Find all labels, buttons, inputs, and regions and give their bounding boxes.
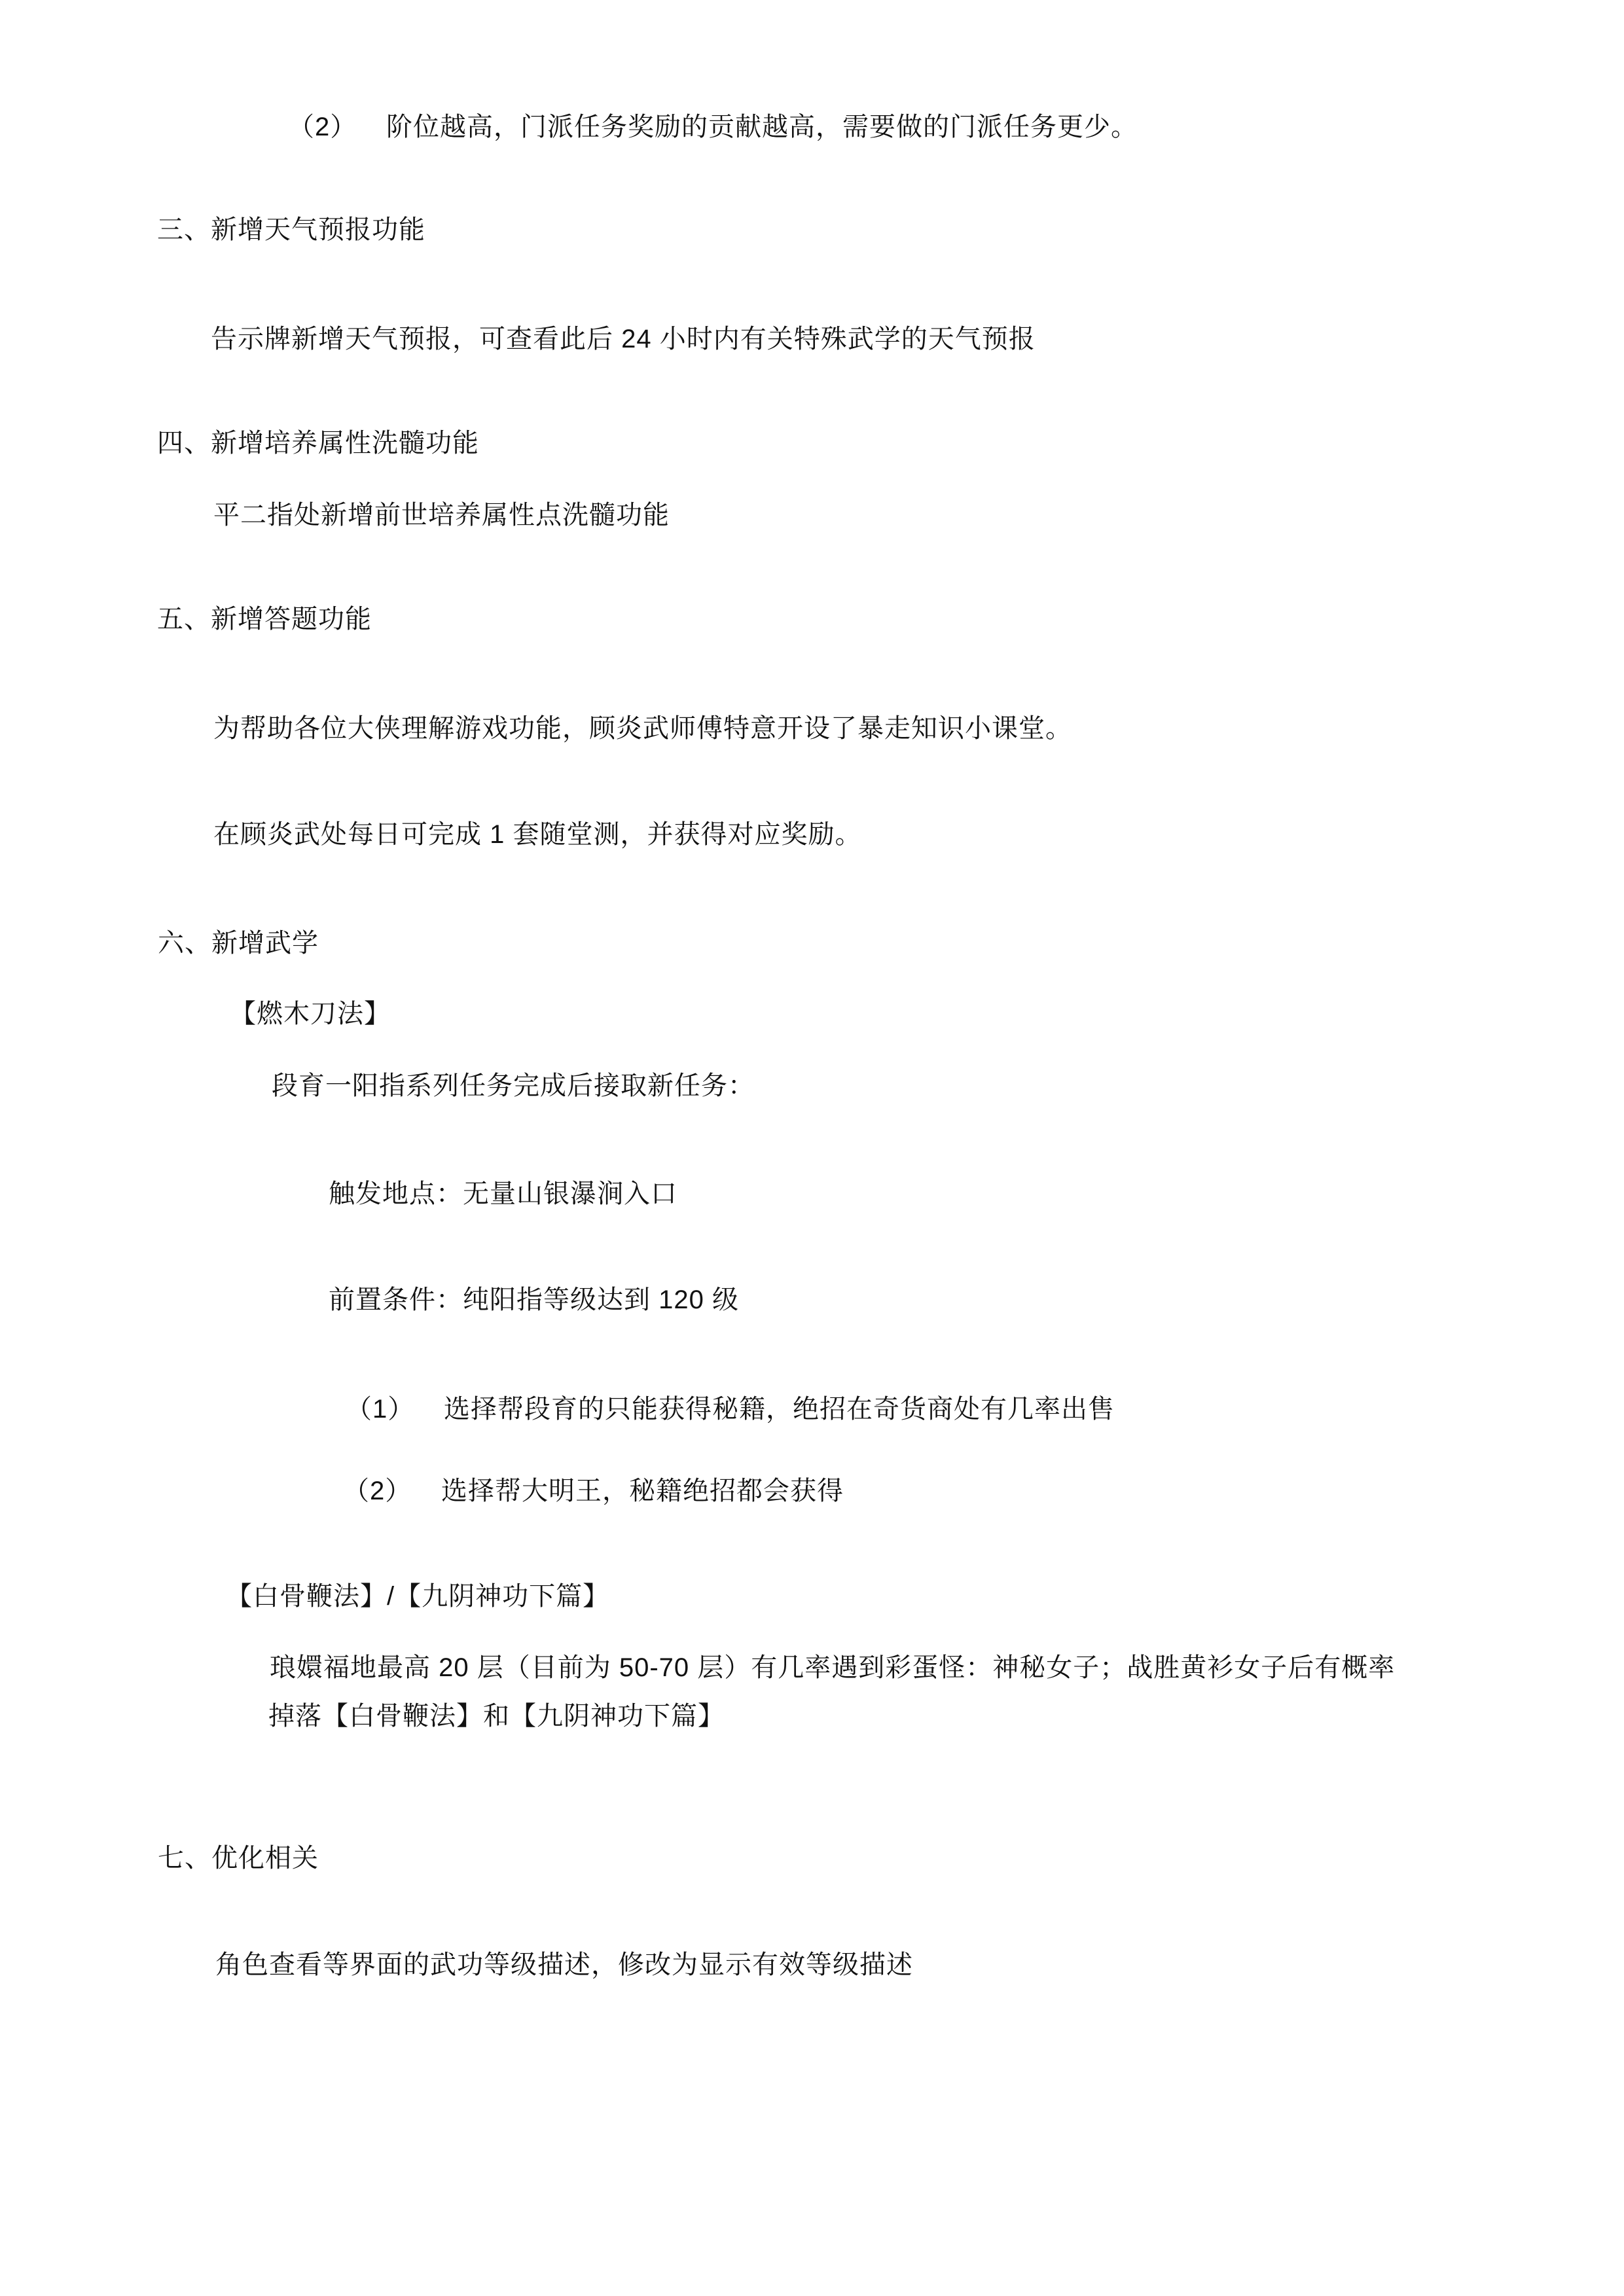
body-langhuan-floors-line2: 掉落【白骨鞭法】和【九阴神功下篇】 [268, 1699, 725, 1733]
body-attribute-wash-detail: 平二指处新增前世培养属性点洗髓功能 [213, 498, 670, 532]
heading-section-7-optimizations: 七、优化相关 [158, 1841, 319, 1875]
heading-section-6-new-martial-arts: 六、新增武学 [158, 926, 319, 960]
body-duanyu-quest: 段育一阳指系列任务完成后接取新任务： [272, 1069, 755, 1103]
subheading-baigu-whip-jiuyin: 【白骨鞭法】/【九阴神功下篇】 [226, 1579, 609, 1613]
heading-section-4-attribute-wash: 四、新增培养属性洗髓功能 [157, 426, 479, 460]
body-trigger-location: 触发地点：无量山银瀑涧入口 [329, 1177, 677, 1211]
heading-section-3-weather-forecast: 三、新增天气预报功能 [157, 213, 425, 247]
numbered-item-rank-rewards: （2）阶位越高，门派任务奖励的贡献越高，需要做的门派任务更少。 [288, 110, 1138, 144]
list-marker: （1） [346, 1392, 444, 1426]
heading-section-5-quiz-feature: 五、新增答题功能 [157, 602, 372, 636]
body-langhuan-floors-line1: 琅嬛福地最高 20 层（目前为 50-70 层）有几率遇到彩蛋怪：神秘女子；战胜… [270, 1651, 1395, 1685]
numbered-item-help-damingwang: （2）选择帮大明王，秘籍绝招都会获得 [343, 1474, 844, 1508]
body-prerequisite: 前置条件：纯阳指等级达到 120 级 [329, 1283, 739, 1317]
body-weather-forecast-detail: 告示牌新增天气预报，可查看此后 24 小时内有关特殊武学的天气预报 [211, 322, 1036, 356]
numbered-item-text: 选择帮段育的只能获得秘籍，绝招在奇货商处有几率出售 [444, 1395, 1115, 1424]
list-marker: （2） [288, 110, 386, 144]
document-page: （2）阶位越高，门派任务奖励的贡献越高，需要做的门派任务更少。 三、新增天气预报… [0, 0, 1624, 2296]
list-marker: （2） [343, 1474, 441, 1508]
body-quiz-daily-reward: 在顾炎武处每日可完成 1 套随堂测，并获得对应奖励。 [213, 817, 861, 852]
subheading-ranmu-blade: 【燃木刀法】 [230, 997, 391, 1031]
numbered-item-text: 选择帮大明王，秘籍绝招都会获得 [441, 1477, 844, 1505]
body-quiz-intro: 为帮助各位大侠理解游戏功能，顾炎武师傅特意开设了暴走知识小课堂。 [213, 711, 1072, 745]
body-skill-level-description: 角色查看等界面的武功等级描述，修改为显示有效等级描述 [215, 1948, 913, 1982]
numbered-item-help-duanyu: （1）选择帮段育的只能获得秘籍，绝招在奇货商处有几率出售 [346, 1392, 1115, 1426]
numbered-item-text: 阶位越高，门派任务奖励的贡献越高，需要做的门派任务更少。 [386, 113, 1138, 141]
